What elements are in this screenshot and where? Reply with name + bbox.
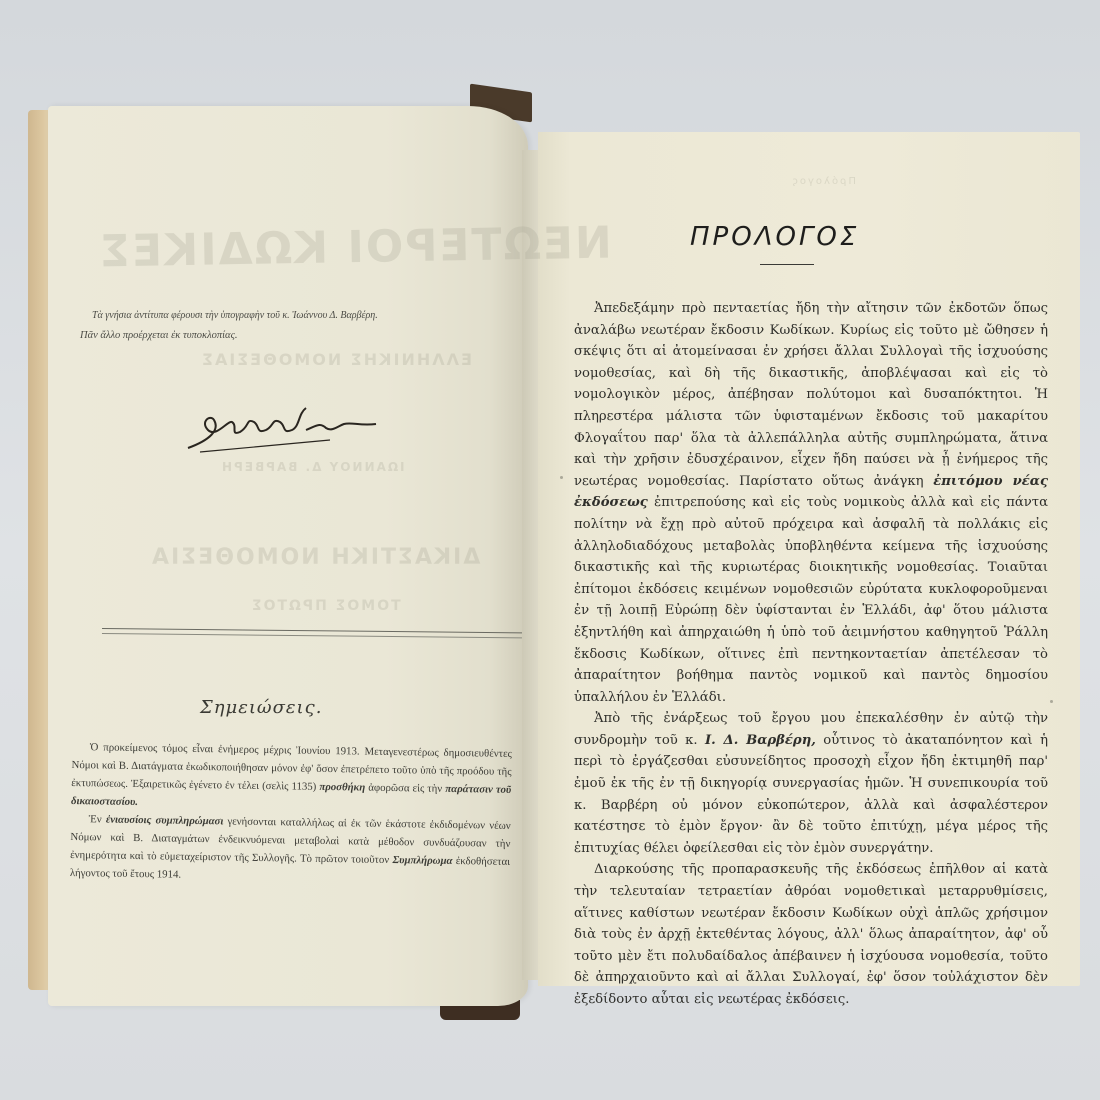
paper-speck [560,476,563,479]
bleed-through-subtitle: ΕΛΛΗΝΙΚΗΣ ΝΟΜΟΘΕΣΙΑΣ [200,350,472,369]
notes-body: Ὁ προκείμενος τόμος εἶναι ἐνήμερος μέχρι… [70,738,512,889]
prologue-paragraph-1: Ἀπεδεξάμην πρὸ πενταετίας ἤδη τὴν αἴτησι… [574,298,1048,708]
prologue-body: Ἀπεδεξάμην πρὸ πενταετίας ἤδη τὴν αἴτησι… [574,298,1048,1011]
notes-paragraph-2: Ἐν ἐνιαυσίοις συμπληρώμασι γενήσονται κα… [70,810,511,889]
paper-speck [1050,700,1053,703]
bleed-through-volume: ΤΟΜΟΣ ΠΡΩΤΟΣ [250,598,401,614]
prologue-paragraph-2: Ἀπὸ τῆς ἐνάρξεως τοῦ ἔργου μου ἐπεκαλέσθ… [574,708,1048,859]
author-signature [180,400,380,460]
prologue-paragraph-3: Διαρκούσης τῆς προπαρασκευῆς τῆς ἐκδόσεω… [574,859,1048,1010]
authenticity-note-line2: Πᾶν ἄλλο προέρχεται ἐκ τυποκλοπίας. [80,326,410,346]
title-underline [760,264,814,265]
notes-paragraph-1: Ὁ προκείμενος τόμος εἶναι ἐνήμερος μέχρι… [71,738,512,817]
bleed-through-section: ΔΙΚΑΣΤΙΚΗ ΝΟΜΟΘΕΣΙΑ [150,545,480,570]
prologue-title: ΠΡΟΛΟΓΟΣ [690,222,859,252]
authenticity-note-line1: Τὰ γνήσια ἀντίτυπα φέρουσι τὴν ὑπογραφὴν… [92,306,432,326]
notes-title: Σημειώσεις. [200,697,322,718]
bleed-through-title: ΝΕΩΤΕΡΟΙ ΚΩΔΙΚΕΣ [98,218,613,278]
bleed-through-author: ΙΩΑΝΝΟΥ Δ. ΒΑΡΒΕΡΗ [220,460,405,474]
running-head-bleed: Πρόλογος [790,176,856,187]
